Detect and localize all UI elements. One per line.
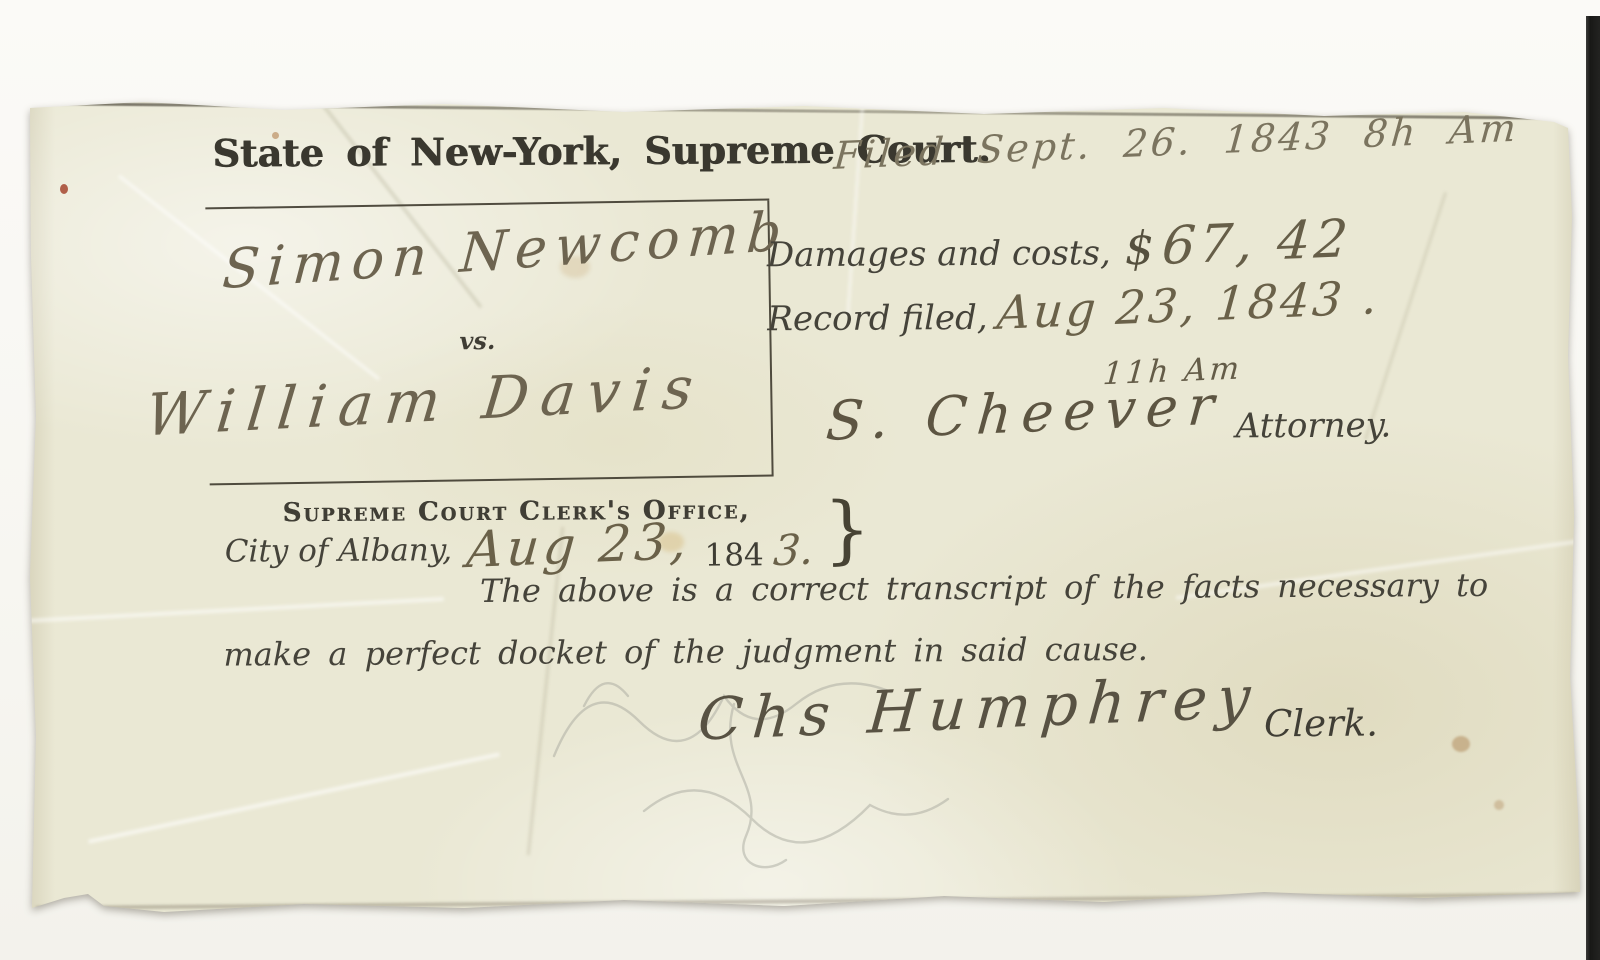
attorney-signature: S. Cheever: [824, 378, 1226, 449]
damages-label: Damages and costs,: [767, 236, 1111, 272]
paper-shadow-wrap: State of New-York, Supreme Court. Filed …: [24, 96, 1584, 918]
record-filed-date: Aug 23, 1843 .: [996, 274, 1382, 336]
certification-line-1: The above is a correct transcript of the…: [480, 569, 1488, 607]
clerk-date-printed-prefix: 184: [704, 540, 763, 571]
clerk-signature: Chs Humphrey: [696, 667, 1262, 748]
clerk-office-date: Aug 23, 184 3. }: [464, 503, 871, 579]
document-paper: State of New-York, Supreme Court. Filed …: [24, 96, 1584, 918]
city-label: City of Albany,: [225, 535, 452, 567]
attorney-label: Attorney.: [1236, 408, 1392, 443]
record-filed-entry: Record filed, Aug 23, 1843 .: [767, 288, 1379, 338]
printed-form-layer: State of New-York, Supreme Court. Filed …: [22, 90, 1587, 922]
clerk-date-handwritten: Aug 23,: [465, 516, 693, 575]
clerk-date-handwritten-suffix: 3.: [772, 528, 815, 572]
case-caption-box: Simon Newcomb vs. William Davis: [205, 199, 773, 486]
closing-brace: }: [823, 493, 871, 567]
plaintiff-name: Simon Newcomb: [221, 204, 791, 297]
filed-annotation: Filed Sept. 26. 1843 8h Am: [832, 109, 1520, 175]
certification-line-2: make a perfect docket of the judgment in…: [223, 633, 1148, 671]
scanner-edge-strip: [1586, 16, 1600, 960]
dollar-sign: $: [1125, 225, 1155, 271]
record-filed-label: Record filed,: [767, 301, 988, 336]
defendant-name: William Davis: [143, 358, 708, 445]
damages-amount: 67, 42: [1160, 213, 1353, 273]
clerk-label: Clerk.: [1264, 705, 1378, 743]
clerk-attestation: Chs Humphrey Clerk.: [696, 687, 1378, 749]
attorney-entry: S. Cheever Attorney.: [824, 391, 1392, 448]
versus-label: vs.: [459, 329, 495, 354]
damages-entry: Damages and costs, $ 67, 42: [767, 220, 1350, 276]
